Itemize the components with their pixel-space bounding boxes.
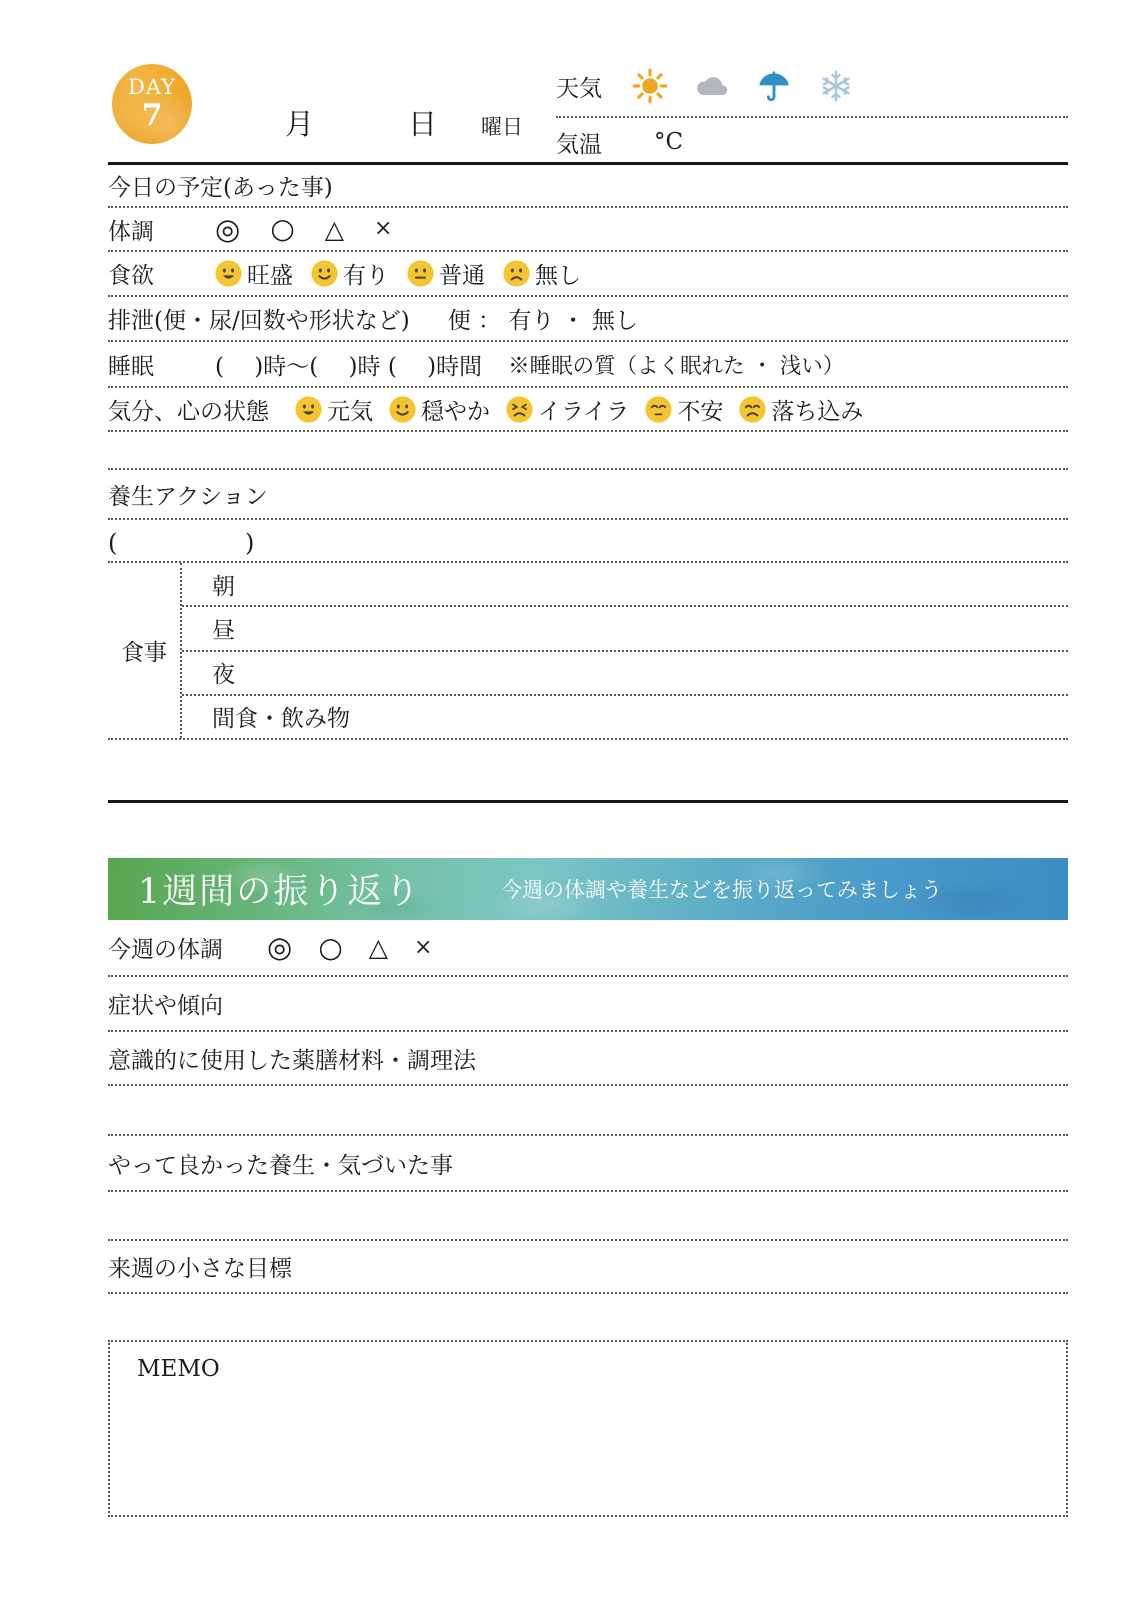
mood-option-label: 不安 <box>677 393 723 426</box>
mood-option-label: 落ち込み <box>771 393 863 426</box>
appetite-option-label: 有り <box>343 257 389 290</box>
mood-option[interactable]: 落ち込み <box>739 393 863 426</box>
big-smile-face-icon <box>295 396 322 423</box>
weather-area: 天気 気温 °C <box>556 0 1068 165</box>
section-divider <box>108 800 1068 803</box>
next-goal-write-area[interactable] <box>292 1241 1068 1292</box>
meal-label-lunch: 昼 <box>212 612 235 645</box>
ingredients-extra-write-area[interactable] <box>108 1086 1068 1134</box>
schedule-row: 今日の予定(あった事) <box>108 165 1068 208</box>
ingredients-label: 意識的に使用した薬膳材料・調理法 <box>108 1042 476 1075</box>
excretion-label: 排泄(便・尿/回数や形状など) <box>108 302 410 335</box>
appetite-option[interactable]: 普通 <box>407 257 485 290</box>
day-badge: DAY 7 <box>112 64 192 144</box>
cloud-icon[interactable] <box>694 68 730 104</box>
neutral-face-icon <box>407 260 434 287</box>
temperature-row: 気温 °C <box>556 120 1068 164</box>
condition-options: ◎ ○ △ × <box>215 215 392 244</box>
excretion-options[interactable]: 便 ： 有り ・ 無し <box>448 302 638 335</box>
appetite-label: 食欲 <box>108 257 215 290</box>
next-goal-row: 来週の小さな目標 <box>108 1241 1068 1294</box>
day-badge-label: DAY <box>128 77 176 98</box>
memo-box[interactable]: MEMO <box>108 1340 1068 1517</box>
appetite-options: 旺盛 有り 普通 無し <box>215 257 581 290</box>
weekly-condition-label: 今週の体調 <box>108 931 223 964</box>
condition-row: 体調 ◎ ○ △ × <box>108 208 1068 252</box>
condition-option-fair[interactable]: △ <box>325 217 344 242</box>
condition-write-area[interactable] <box>392 208 1068 250</box>
mood-option-label: 穏やか <box>421 393 490 426</box>
symptoms-write-area[interactable] <box>223 977 1068 1030</box>
weekly-review-banner: 1週間の振り返り 今週の体調や養生などを振り返ってみましょう <box>108 858 1068 920</box>
mood-label: 気分、心の状態 <box>108 393 269 426</box>
sleep-fields[interactable]: ( )時〜( )時 ( )時間 <box>215 348 482 381</box>
mood-extra-write-area[interactable] <box>108 432 1068 468</box>
meals-table: 食事 朝 昼 夜 間食・飲み物 <box>108 563 1068 740</box>
meal-label-snacks-drinks: 間食・飲み物 <box>212 700 350 733</box>
daily-section: 今日の予定(あった事) 体調 ◎ ○ △ × 食欲 旺盛 有 <box>108 165 1068 1517</box>
mood-option[interactable]: 元気 <box>295 393 373 426</box>
spacer-row <box>108 432 1068 470</box>
weekly-condition-option-fair[interactable]: △ <box>369 935 388 960</box>
next-goal-label: 来週の小さな目標 <box>108 1250 292 1283</box>
weather-row: 天気 <box>556 58 1068 114</box>
condition-option-best[interactable]: ◎ <box>215 215 240 244</box>
sleep-row: 睡眠 ( )時〜( )時 ( )時間 ※睡眠の質（よく眠れた ・ 浅い） <box>108 342 1068 388</box>
symptoms-row: 症状や傾向 <box>108 977 1068 1032</box>
month-label: 月 <box>285 102 314 143</box>
smile-face-icon <box>311 260 338 287</box>
spacer-row <box>108 1086 1068 1136</box>
good-actions-write-area[interactable] <box>453 1136 1068 1190</box>
appetite-row: 食欲 旺盛 有り 普通 無し <box>108 252 1068 297</box>
excretion-write-area[interactable] <box>638 297 1068 340</box>
weekly-condition-write-area[interactable] <box>432 920 1068 975</box>
temperature-unit: °C <box>654 129 683 155</box>
meal-label-breakfast: 朝 <box>212 568 235 601</box>
weather-divider <box>556 116 1068 118</box>
mood-option[interactable]: イライラ <box>506 393 629 426</box>
schedule-write-area[interactable] <box>333 165 1068 206</box>
meals-label: 食事 <box>108 563 180 738</box>
meal-row-dinner[interactable]: 夜 <box>182 652 1068 696</box>
excretion-row: 排泄(便・尿/回数や形状など) 便 ： 有り ・ 無し <box>108 297 1068 342</box>
meal-row-snacks-drinks[interactable]: 間食・飲み物 <box>182 696 1068 738</box>
condition-option-bad[interactable]: × <box>374 218 392 240</box>
good-actions-extra-write-area[interactable] <box>108 1192 1068 1239</box>
sleep-quality-note: ※睡眠の質（よく眠れた ・ 浅い） <box>508 349 844 380</box>
meals-rows: 朝 昼 夜 間食・飲み物 <box>180 563 1068 738</box>
big-smile-face-icon <box>215 260 242 287</box>
mood-options: 元気 穏やか イライラ 不安 落ち込み <box>295 393 863 426</box>
weekly-condition-option-bad[interactable]: × <box>414 937 432 959</box>
memo-label: MEMO <box>110 1342 1066 1382</box>
health-action-parens-row: ( ) <box>108 520 1068 563</box>
angry-face-icon <box>506 396 533 423</box>
mood-option-label: 元気 <box>327 393 373 426</box>
weekly-condition-option-best[interactable]: ◎ <box>267 933 292 962</box>
good-actions-label: やって良かった養生・気づいた事 <box>108 1147 453 1180</box>
meal-row-breakfast[interactable]: 朝 <box>182 563 1068 607</box>
weekly-condition-option-good[interactable]: ○ <box>318 934 342 962</box>
health-action-parens-write-area[interactable] <box>254 520 1068 561</box>
ingredients-write-area[interactable] <box>476 1032 1068 1084</box>
appetite-write-area[interactable] <box>581 252 1068 295</box>
weekly-condition-row: 今週の体調 ◎ ○ △ × <box>108 920 1068 977</box>
diary-page: DAY 7 月 日 曜日 天気 気温 °C 今日の予定(あった事) <box>0 0 1129 1598</box>
health-action-write-area[interactable] <box>268 470 1068 518</box>
day-badge-number: 7 <box>142 101 163 131</box>
mood-option-label: イライラ <box>538 393 629 426</box>
schedule-label: 今日の予定(あった事) <box>108 169 333 202</box>
mood-write-area[interactable] <box>863 388 1068 430</box>
meal-label-dinner: 夜 <box>212 656 235 689</box>
mood-option[interactable]: 穏やか <box>389 393 490 426</box>
temperature-label: 気温 <box>556 126 602 159</box>
mood-row: 気分、心の状態 元気 穏やか イライラ 不安 <box>108 388 1068 432</box>
weekly-condition-options: ◎ ○ △ × <box>267 933 432 962</box>
meal-row-lunch[interactable]: 昼 <box>182 607 1068 651</box>
snowflake-icon[interactable] <box>818 68 854 104</box>
appetite-option-label: 旺盛 <box>247 257 293 290</box>
condition-option-good[interactable]: ○ <box>270 215 294 243</box>
sad-face-icon <box>503 260 530 287</box>
appetite-option[interactable]: 無し <box>503 257 581 290</box>
weekday-label: 曜日 <box>481 111 523 141</box>
sleep-write-area[interactable] <box>844 342 1068 386</box>
appetite-option[interactable]: 旺盛 <box>215 257 293 290</box>
good-actions-row: やって良かった養生・気づいた事 <box>108 1136 1068 1192</box>
appetite-option[interactable]: 有り <box>311 257 389 290</box>
weekly-review-subtitle: 今週の体調や養生などを振り返ってみましょう <box>501 874 1068 904</box>
mood-option[interactable]: 不安 <box>645 393 723 426</box>
weekly-review-title: 1週間の振り返り <box>108 864 421 914</box>
condition-label: 体調 <box>108 213 215 246</box>
appetite-option-label: 無し <box>535 257 581 290</box>
sun-icon[interactable] <box>632 68 668 104</box>
health-action-label: 養生アクション <box>108 478 268 511</box>
spacer-row <box>108 1192 1068 1241</box>
day-label: 日 <box>408 102 437 143</box>
appetite-option-label: 普通 <box>439 257 485 290</box>
ingredients-row: 意識的に使用した薬膳材料・調理法 <box>108 1032 1068 1086</box>
umbrella-icon[interactable] <box>756 68 792 104</box>
weather-label: 天気 <box>556 70 602 103</box>
symptoms-label: 症状や傾向 <box>108 987 223 1020</box>
down-face-icon <box>739 396 766 423</box>
health-action-row: 養生アクション <box>108 470 1068 520</box>
health-action-parens[interactable]: ( ) <box>108 523 254 558</box>
smile-face-icon <box>389 396 416 423</box>
worried-face-icon <box>645 396 672 423</box>
header: DAY 7 月 日 曜日 天気 気温 °C <box>108 0 1068 165</box>
sleep-label: 睡眠 <box>108 348 215 381</box>
